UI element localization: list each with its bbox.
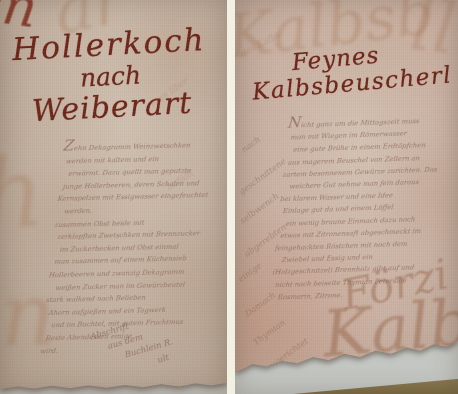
right-margin-word: einige — [237, 261, 264, 285]
left-photo: m ar h n man liber befüllt Hollerkoch na… — [0, 0, 227, 394]
right-margin-word: nach — [240, 135, 263, 155]
manuscript-photo-collage: m ar h n man liber befüllt Hollerkoch na… — [0, 0, 458, 394]
left-mid-bleedthrough-flourish: h — [0, 136, 48, 252]
right-recipe-body-text: Nicht ganz um die Mittagszeit muss man m… — [269, 110, 458, 303]
right-recipe-title: Feynes Kalbsbeuscherl — [249, 37, 453, 106]
left-recipe-title: Hollerkoch nach Weiberart — [0, 22, 223, 130]
right-margin-word: zugerichtet — [265, 336, 311, 373]
right-photo: Kalbsb ll des Kalbs Förzi Kalb nach gesc… — [235, 0, 458, 394]
right-margin-word: Thymian — [252, 318, 288, 348]
left-manuscript-page: m ar h n man liber befüllt Hollerkoch na… — [0, 0, 227, 394]
right-margin-word: selbwench — [238, 192, 281, 227]
right-manuscript-page: Kalbsb ll des Kalbs Förzi Kalb nach gesc… — [235, 0, 458, 394]
